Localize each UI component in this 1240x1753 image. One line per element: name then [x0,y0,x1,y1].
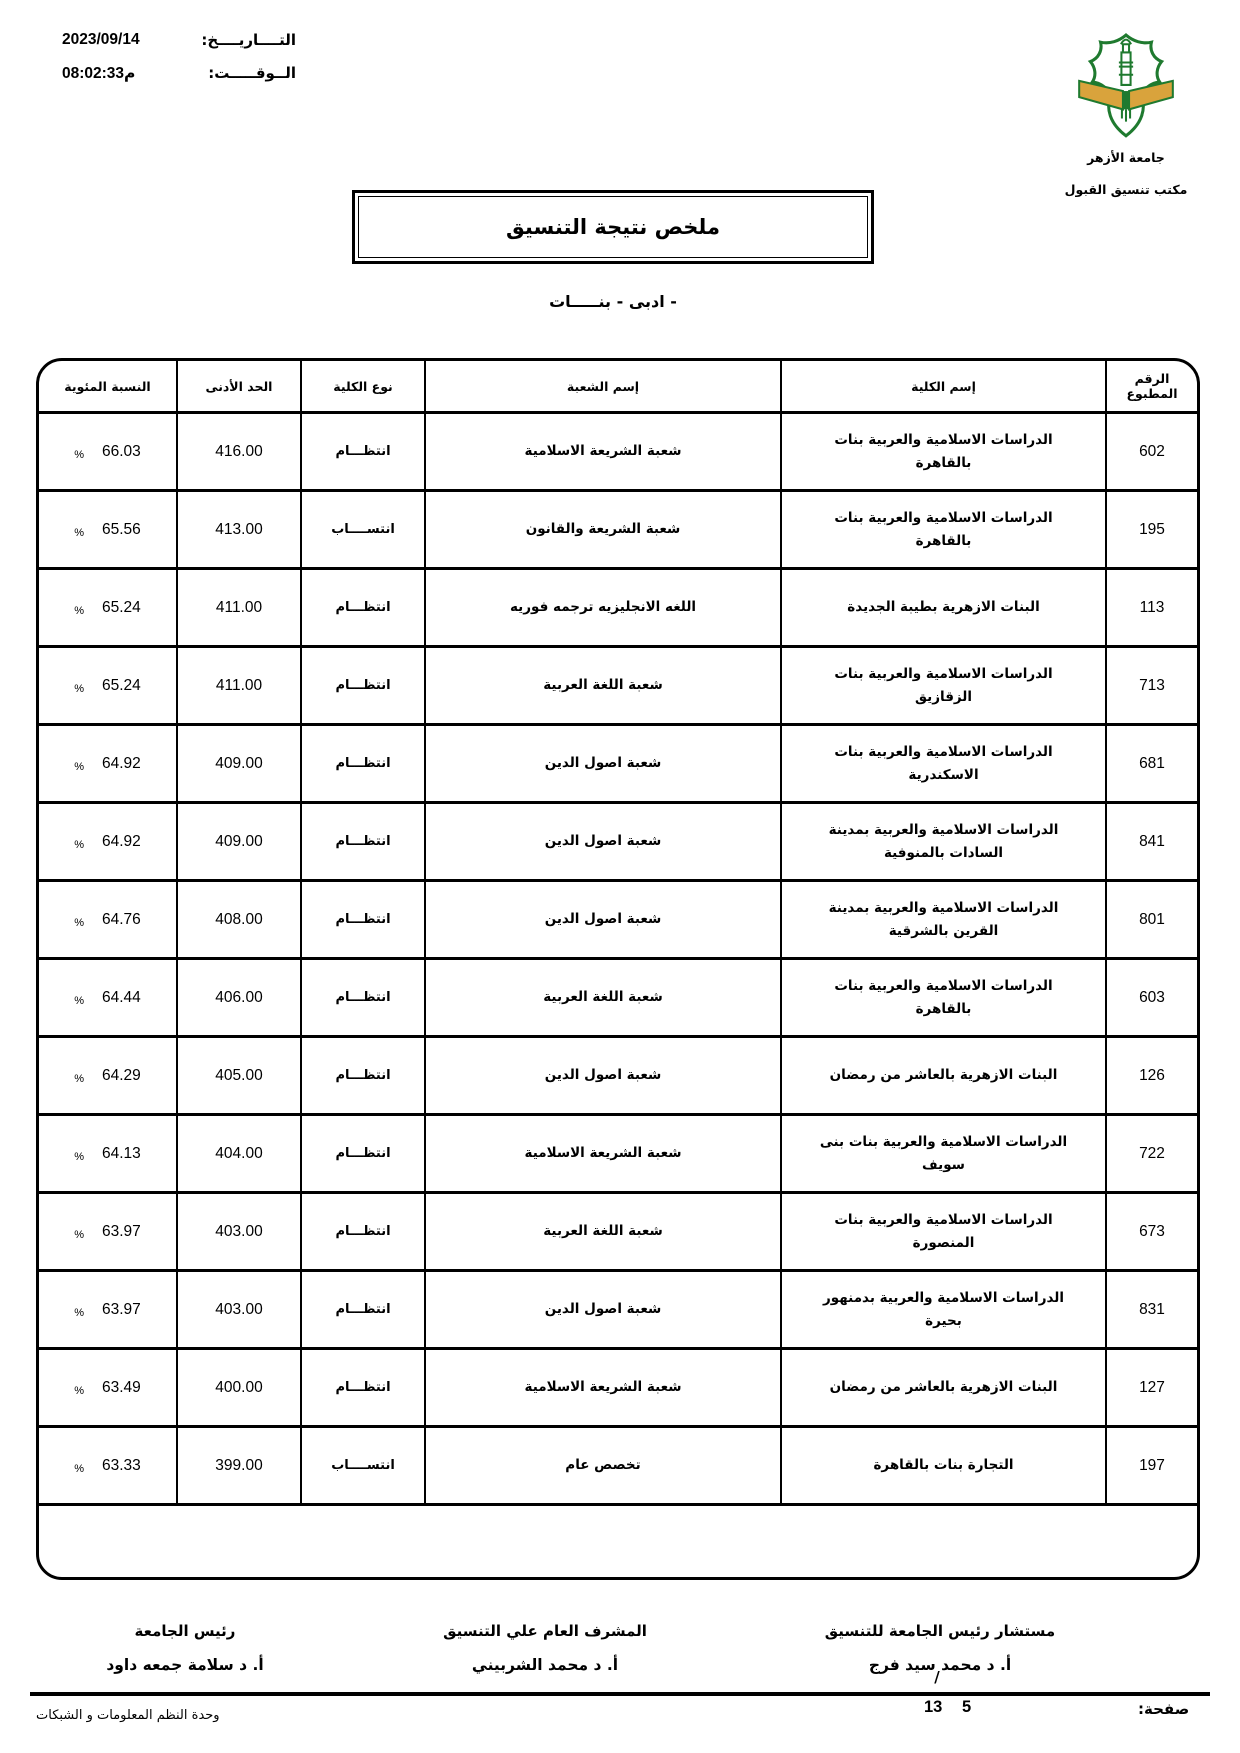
percentage-value: 64.29 [102,1067,141,1085]
cell-branch-name: شعبة اصول الدين [426,1038,782,1113]
cell-college-name: الدراسات الاسلامية والعربية بنات بالقاهر… [782,492,1107,567]
percentage-value: 64.92 [102,833,141,851]
date-value: 2023/09/14 [62,31,157,49]
cell-branch-name: شعبة الشريعة الاسلامية [426,1116,782,1191]
percent-sign: % [74,995,84,1007]
cell-minimum: 411.00 [178,648,302,723]
cell-minimum: 399.00 [178,1428,302,1503]
cell-printed-number: 195 [1107,492,1197,567]
cell-college-type: انتظـــام [302,1116,426,1191]
signature-title-supervisor: المشرف العام علي التنسيق [385,1622,705,1640]
percent-sign: % [74,1073,84,1085]
cell-printed-number: 713 [1107,648,1197,723]
cell-percentage: % 65.56 [39,492,178,567]
cell-minimum: 406.00 [178,960,302,1035]
title-box: ملخص نتيجة التنسيق [352,190,874,264]
results-table: النسبة المئوية الحد الأدنى نوع الكلية إس… [36,358,1200,1580]
cell-minimum: 409.00 [178,726,302,801]
cell-college-type: انتظـــام [302,882,426,957]
cell-college-type: انتظـــام [302,648,426,723]
cell-branch-name: تخصص عام [426,1428,782,1503]
percentage-value: 63.33 [102,1457,141,1475]
cell-college-name: الدراسات الاسلامية والعربية بنات بالقاهر… [782,414,1107,489]
cell-minimum: 403.00 [178,1194,302,1269]
cell-percentage: % 64.92 [39,804,178,879]
cell-minimum: 404.00 [178,1116,302,1191]
time-label: الــوقـــــت: [196,64,296,82]
cell-college-type: انتظـــام [302,414,426,489]
cell-branch-name: شعبة الشريعة الاسلامية [426,414,782,489]
percent-sign: % [74,1385,84,1397]
cell-percentage: % 65.24 [39,648,178,723]
cell-percentage: % 65.24 [39,570,178,645]
cell-percentage: % 64.13 [39,1116,178,1191]
cell-branch-name: شعبة اللغة العربية [426,960,782,1035]
cell-college-type: انتظـــام [302,1194,426,1269]
table-row: % 65.24 411.00 انتظـــام شعبة اللغة العر… [39,648,1197,726]
al-azhar-logo [1062,32,1190,146]
cell-printed-number: 673 [1107,1194,1197,1269]
percent-sign: % [74,1229,84,1241]
page-total: 13 [924,1698,942,1717]
cell-branch-name: شعبة اصول الدين [426,804,782,879]
header-college-type: نوع الكلية [302,361,426,411]
cell-minimum: 416.00 [178,414,302,489]
footer-divider-line [30,1692,1210,1696]
university-name: جامعة الأزهر [1052,150,1200,165]
cell-college-name: التجارة بنات بالقاهرة [782,1428,1107,1503]
header-printed-number: الرقم المطبوع [1107,361,1197,411]
table-row: % 65.56 413.00 انتســــاب شعبة الشريعة و… [39,492,1197,570]
cell-college-name: الدراسات الاسلامية والعربية بمدينة الساد… [782,804,1107,879]
signature-title-advisor: مستشار رئيس الجامعة للتنسيق [780,1622,1100,1640]
time-value: 08:02:33م [62,64,157,83]
cell-college-name: البنات الازهرية بطيبة الجديدة [782,570,1107,645]
cell-college-type: انتســــاب [302,1428,426,1503]
percent-sign: % [74,1307,84,1319]
table-row: % 64.76 408.00 انتظـــام شعبة اصول الدين… [39,882,1197,960]
percent-sign: % [74,1151,84,1163]
cell-minimum: 411.00 [178,570,302,645]
table-row: % 64.92 409.00 انتظـــام شعبة اصول الدين… [39,726,1197,804]
table-row: % 63.49 400.00 انتظـــام شعبة الشريعة ال… [39,1350,1197,1428]
page-current: 5 [962,1698,971,1717]
cell-college-name: الدراسات الاسلامية والعربية بنات بنى سوي… [782,1116,1107,1191]
cell-college-type: انتظـــام [302,960,426,1035]
cell-college-name: الدراسات الاسلامية والعربية بنات بالقاهر… [782,960,1107,1035]
cell-college-type: انتظـــام [302,1038,426,1113]
percentage-value: 66.03 [102,443,141,461]
cell-minimum: 409.00 [178,804,302,879]
percentage-value: 64.92 [102,755,141,773]
cell-percentage: % 66.03 [39,414,178,489]
cell-college-name: الدراسات الاسلامية والعربية بنات الاسكند… [782,726,1107,801]
percentage-value: 65.24 [102,677,141,695]
cell-branch-name: شعبة الشريعة الاسلامية [426,1350,782,1425]
cell-minimum: 413.00 [178,492,302,567]
document-page: التــــاريــــخ: 2023/09/14 الــوقـــــت… [0,0,1240,1753]
percentage-value: 63.97 [102,1223,141,1241]
table-row: % 65.24 411.00 انتظـــام اللغه الانجليزي… [39,570,1197,648]
cell-minimum: 405.00 [178,1038,302,1113]
cell-printed-number: 127 [1107,1350,1197,1425]
table-row: % 63.33 399.00 انتســــاب تخصص عام التجا… [39,1428,1197,1506]
header-percentage: النسبة المئوية [39,361,178,411]
section-subtitle: - ادبى - بنـــــات [352,292,874,311]
percent-sign: % [74,683,84,695]
header-college-name: إسم الكلية [782,361,1107,411]
cell-printed-number: 801 [1107,882,1197,957]
cell-branch-name: شعبة اصول الدين [426,882,782,957]
percentage-value: 64.76 [102,911,141,929]
percentage-value: 64.13 [102,1145,141,1163]
footer-unit-name: وحدة النظم المعلومات و الشبكات [36,1708,220,1723]
percent-sign: % [74,527,84,539]
percent-sign: % [74,605,84,617]
cell-percentage: % 63.97 [39,1194,178,1269]
cell-percentage: % 63.97 [39,1272,178,1347]
signature-name-supervisor: أ. د محمد الشربيني [385,1656,705,1674]
cell-printed-number: 831 [1107,1272,1197,1347]
cell-printed-number: 126 [1107,1038,1197,1113]
table-row: % 64.44 406.00 انتظـــام شعبة اللغة العر… [39,960,1197,1038]
cell-printed-number: 113 [1107,570,1197,645]
cell-minimum: 400.00 [178,1350,302,1425]
page-slash: / [922,1668,952,1686]
cell-minimum: 403.00 [178,1272,302,1347]
cell-college-name: الدراسات الاسلامية والعربية بنات الزقازي… [782,648,1107,723]
cell-percentage: % 64.44 [39,960,178,1035]
cell-branch-name: شعبة اصول الدين [426,726,782,801]
open-book-left [1079,81,1123,109]
mosque-emblem-icon [1062,32,1190,146]
table-row: % 66.03 416.00 انتظـــام شعبة الشريعة ال… [39,414,1197,492]
table-row: % 63.97 403.00 انتظـــام شعبة اللغة العر… [39,1194,1197,1272]
cell-percentage: % 63.49 [39,1350,178,1425]
cell-percentage: % 63.33 [39,1428,178,1503]
page-label: صفحة: [1138,1700,1189,1718]
cell-printed-number: 602 [1107,414,1197,489]
cell-branch-name: شعبة اللغة العربية [426,648,782,723]
office-name: مكتب تنسيق القبول [1042,182,1210,197]
table-row: % 63.97 403.00 انتظـــام شعبة اصول الدين… [39,1272,1197,1350]
header-minimum: الحد الأدنى [178,361,302,411]
percent-sign: % [74,761,84,773]
header-branch-name: إسم الشعبة [426,361,782,411]
cell-college-type: انتســــاب [302,492,426,567]
cell-college-type: انتظـــام [302,1350,426,1425]
cell-printed-number: 603 [1107,960,1197,1035]
cell-minimum: 408.00 [178,882,302,957]
cell-college-name: البنات الازهرية بالعاشر من رمضان [782,1350,1107,1425]
cell-college-name: البنات الازهرية بالعاشر من رمضان [782,1038,1107,1113]
cell-percentage: % 64.29 [39,1038,178,1113]
table-body: % 66.03 416.00 انتظـــام شعبة الشريعة ال… [39,414,1197,1506]
page-title: ملخص نتيجة التنسيق [506,215,720,239]
cell-branch-name: شعبة اصول الدين [426,1272,782,1347]
cell-printed-number: 841 [1107,804,1197,879]
cell-college-type: انتظـــام [302,570,426,645]
open-book-right [1129,81,1173,109]
cell-branch-name: شعبة اللغة العربية [426,1194,782,1269]
table-row: % 64.92 409.00 انتظـــام شعبة اصول الدين… [39,804,1197,882]
percentage-value: 65.24 [102,599,141,617]
table-row: % 64.13 404.00 انتظـــام شعبة الشريعة ال… [39,1116,1197,1194]
cell-college-type: انتظـــام [302,804,426,879]
cell-college-name: الدراسات الاسلامية والعربية بدمنهور بحير… [782,1272,1107,1347]
signature-name-president: أ. د سلامة جمعه داود [25,1656,345,1674]
percent-sign: % [74,917,84,929]
table-header-row: النسبة المئوية الحد الأدنى نوع الكلية إس… [39,361,1197,414]
cell-branch-name: اللغه الانجليزيه ترجمه فوريه [426,570,782,645]
signature-title-president: رئيس الجامعة [25,1622,345,1640]
percent-sign: % [74,449,84,461]
cell-college-name: الدراسات الاسلامية والعربية بمدينة القري… [782,882,1107,957]
percentage-value: 64.44 [102,989,141,1007]
percentage-value: 65.56 [102,521,141,539]
cell-printed-number: 722 [1107,1116,1197,1191]
percentage-value: 63.49 [102,1379,141,1397]
cell-college-name: الدراسات الاسلامية والعربية بنات المنصور… [782,1194,1107,1269]
date-label: التــــاريــــخ: [196,31,296,49]
percent-sign: % [74,1463,84,1475]
cell-branch-name: شعبة الشريعة والقانون [426,492,782,567]
cell-college-type: انتظـــام [302,726,426,801]
percentage-value: 63.97 [102,1301,141,1319]
cell-printed-number: 197 [1107,1428,1197,1503]
cell-percentage: % 64.76 [39,882,178,957]
percent-sign: % [74,839,84,851]
title-inner-border: ملخص نتيجة التنسيق [358,196,868,258]
cell-percentage: % 64.92 [39,726,178,801]
cell-college-type: انتظـــام [302,1272,426,1347]
table-row: % 64.29 405.00 انتظـــام شعبة اصول الدين… [39,1038,1197,1116]
cell-printed-number: 681 [1107,726,1197,801]
